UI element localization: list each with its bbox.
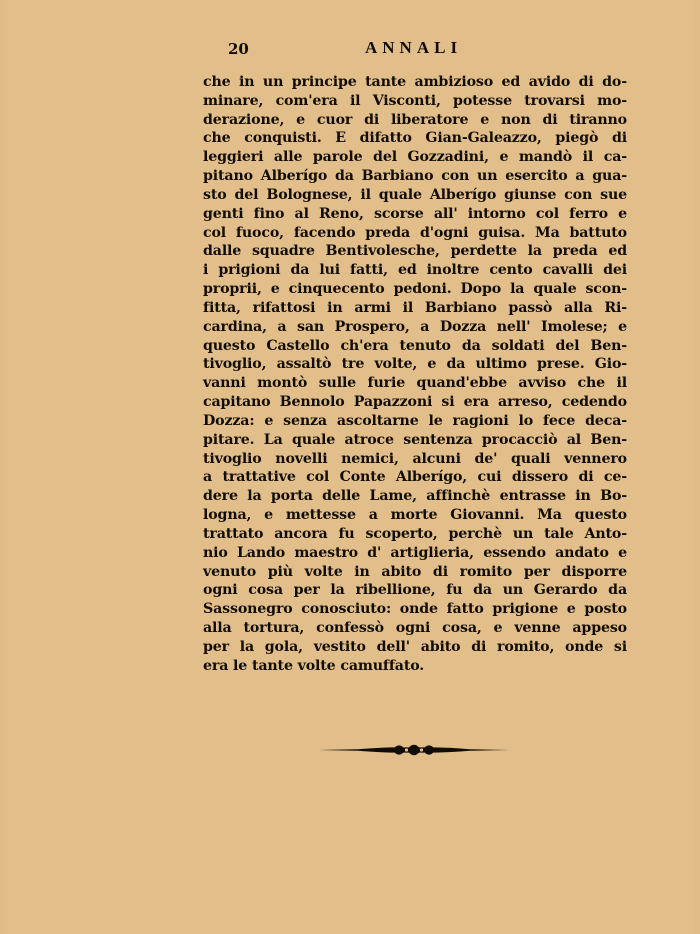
text-line: leggieri alle parole del Gozzadini, e ma… (203, 148, 627, 167)
page-number: 20 (228, 40, 249, 58)
text-line: genti fino al Reno, scorse all' intorno … (203, 205, 627, 224)
running-head: 20 ANNALI (203, 38, 627, 60)
text-line: dere la porta delle Lame, affinchè entra… (203, 487, 627, 506)
body-text: che in un principe tante ambizioso ed av… (203, 73, 627, 676)
text-line: minare, com'era il Visconti, potesse tro… (203, 92, 627, 111)
text-line: pitano Alberígo da Barbiano con un eserc… (203, 167, 627, 186)
text-line: vanni montò sulle furie quand'ebbe avvis… (203, 374, 627, 393)
text-line: logna, e mettesse a morte Giovanni. Ma q… (203, 506, 627, 525)
text-line: col fuoco, facendo preda d'ogni guisa. M… (203, 224, 627, 243)
book-page: 20 ANNALI che in un principe tante ambiz… (0, 0, 700, 934)
text-line: trattato ancora fu scoperto, perchè un t… (203, 525, 627, 544)
text-line: ogni cosa per la ribellione, fu da un Ge… (203, 581, 627, 600)
text-line-last: era le tante volte camuffato. (203, 657, 627, 676)
text-line: i prigioni da lui fatti, ed inoltre cent… (203, 261, 627, 280)
text-line: capitano Bennolo Papazzoni si era arreso… (203, 393, 627, 412)
text-line: tivoglio, assaltò tre volte, e da ultimo… (203, 355, 627, 374)
text-line: per la gola, vestito dell' abito di romi… (203, 638, 627, 657)
tailpiece-rule-ornament-icon (318, 741, 510, 753)
text-line: questo Castello ch'era tenuto da soldati… (203, 337, 627, 356)
text-line: alla tortura, confessò ogni cosa, e venn… (203, 619, 627, 638)
text-line: che in un principe tante ambizioso ed av… (203, 73, 627, 92)
text-line: nio Lando maestro d' artiglieria, essend… (203, 544, 627, 563)
text-line: Sassonegro conosciuto: onde fatto prigio… (203, 600, 627, 619)
text-line: cardina, a san Prospero, a Dozza nell' I… (203, 318, 627, 337)
text-line: fitta, rifattosi in armi il Barbiano pas… (203, 299, 627, 318)
text-line: pitare. La quale atroce sentenza procacc… (203, 431, 627, 450)
text-line: proprii, e cinquecento pedoni. Dopo la q… (203, 280, 627, 299)
text-line: Dozza: e senza ascoltarne le ragioni lo … (203, 412, 627, 431)
text-line: dalle squadre Bentivolesche, perdette la… (203, 242, 627, 261)
running-title: ANNALI (365, 38, 462, 58)
text-line: derazione, e cuor di liberatore e non di… (203, 111, 627, 130)
text-line: sto del Bolognese, il quale Alberígo giu… (203, 186, 627, 205)
text-line: venuto più volte in abito di romito per … (203, 563, 627, 582)
text-line: a trattative col Conte Alberígo, cui dis… (203, 468, 627, 487)
text-line: che conquisti. E difatto Gian-Galeazzo, … (203, 129, 627, 148)
text-line: tivoglio novelli nemici, alcuni de' qual… (203, 450, 627, 469)
